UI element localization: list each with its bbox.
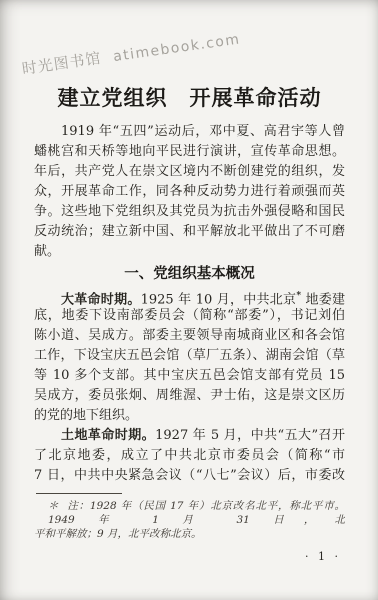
- text-line: 工作，下设宝庆五邑会馆（草厂五条）、湖南会馆（草厂一条）: [34, 346, 345, 366]
- watermark: 时光图书馆atimebook.com: [21, 27, 242, 78]
- text-line: 1919 年“五四”运动后，邓中夏、高君宇等人曾到崇文区: [34, 122, 345, 142]
- footnote-line: 平和平解放；9 月，北平改称北京。: [34, 527, 345, 541]
- text-line: 年后，共产党人在崇文区境内不断创建党的组织，发动群: [34, 162, 345, 182]
- footnote: ＊注：1928 年（民国 17 年）北京改名北平，称北平市。1949 年 1 月…: [34, 499, 345, 541]
- scanned-book-page: 时光图书馆atimebook.com 建立党组织 开展革命活动 1919 年“五…: [0, 0, 378, 600]
- page-content: 建立党组织 开展革命活动 1919 年“五四”运动后，邓中夏、高君宇等人曾到崇文…: [34, 84, 345, 563]
- text-line: 争。这些地下党组织及其党员为抗击外强侵略和国民党的: [34, 202, 345, 222]
- text-segment: 1925 年 10 月，中共北京: [141, 292, 297, 306]
- section-heading: 一、党组织基本概况: [34, 264, 345, 284]
- text-line: 的党的地下组织。: [34, 406, 345, 426]
- text-line: 了北京地委，成立了中共北京市委员会（简称“市委”）。8 月: [34, 446, 345, 466]
- text-line: 吴成方，委员张炯、周维渥、尹士佑，这是崇文区历史上最早: [34, 386, 345, 406]
- text-line: 7 日，中共中央紧急会议（“八七”会议）后，市委改组，下设南: [34, 466, 345, 486]
- text-line: 等 10 多个支部。其中宝庆五邑会馆支部有党员 15 名，书记: [34, 366, 345, 386]
- text-line: 土地革命时期。1927 年 5 月，中共“五大”召开后，撤销: [34, 426, 345, 446]
- watermark-library-name: 时光图书馆: [21, 49, 103, 78]
- paragraph-agrarian-revolution: 土地革命时期。1927 年 5 月，中共“五大”召开后，撤销 了北京地委，成立了…: [34, 426, 345, 486]
- text-line: 众，开展革命工作，同各种反动势力进行着顽强而英勇的斗: [34, 182, 345, 202]
- chapter-title: 建立党组织 开展革命活动: [34, 84, 345, 112]
- footnote-text: 注：1928 年（民国 17 年）北京改名北平，称北平市。1949 年 1 月 …: [48, 500, 345, 526]
- footnote-marker: ＊: [48, 500, 59, 512]
- page-number: · 1 ·: [34, 550, 345, 563]
- text-line: 底，地委下设南部委员会（简称“部委”），书记刘伯钧，委员: [34, 306, 345, 326]
- intro-paragraph: 1919 年“五四”运动后，邓中夏、高君宇等人曾到崇文区 蟠桃宫和天桥等地向平民…: [34, 122, 345, 262]
- footnote-separator-rule: [36, 493, 122, 494]
- paragraph-lead-bold: 土地革命时期。: [61, 428, 155, 443]
- text-line: 大革命时期。1925 年 10 月，中共北京* 地委建立。年: [34, 286, 345, 306]
- watermark-site-url: atimebook.com: [112, 31, 241, 65]
- footnote-line: ＊注：1928 年（民国 17 年）北京改名北平，称北平市。1949 年 1 月…: [34, 499, 345, 527]
- text-line: 陈小道、吴成方。部委主要领导南城商业区和各会馆党的: [34, 326, 345, 346]
- text-line: 反动统治；建立新中国、和平解放北平做出了不可磨灭的贡: [34, 222, 345, 242]
- text-line: 蟠桃宫和天桥等地向平民进行演讲，宣传革命思想。1921: [34, 142, 345, 162]
- paragraph-lead-bold: 大革命时期。: [61, 292, 141, 306]
- paragraph-great-revolution: 大革命时期。1925 年 10 月，中共北京* 地委建立。年 底，地委下设南部委…: [34, 286, 345, 426]
- text-line: 献。: [34, 242, 345, 262]
